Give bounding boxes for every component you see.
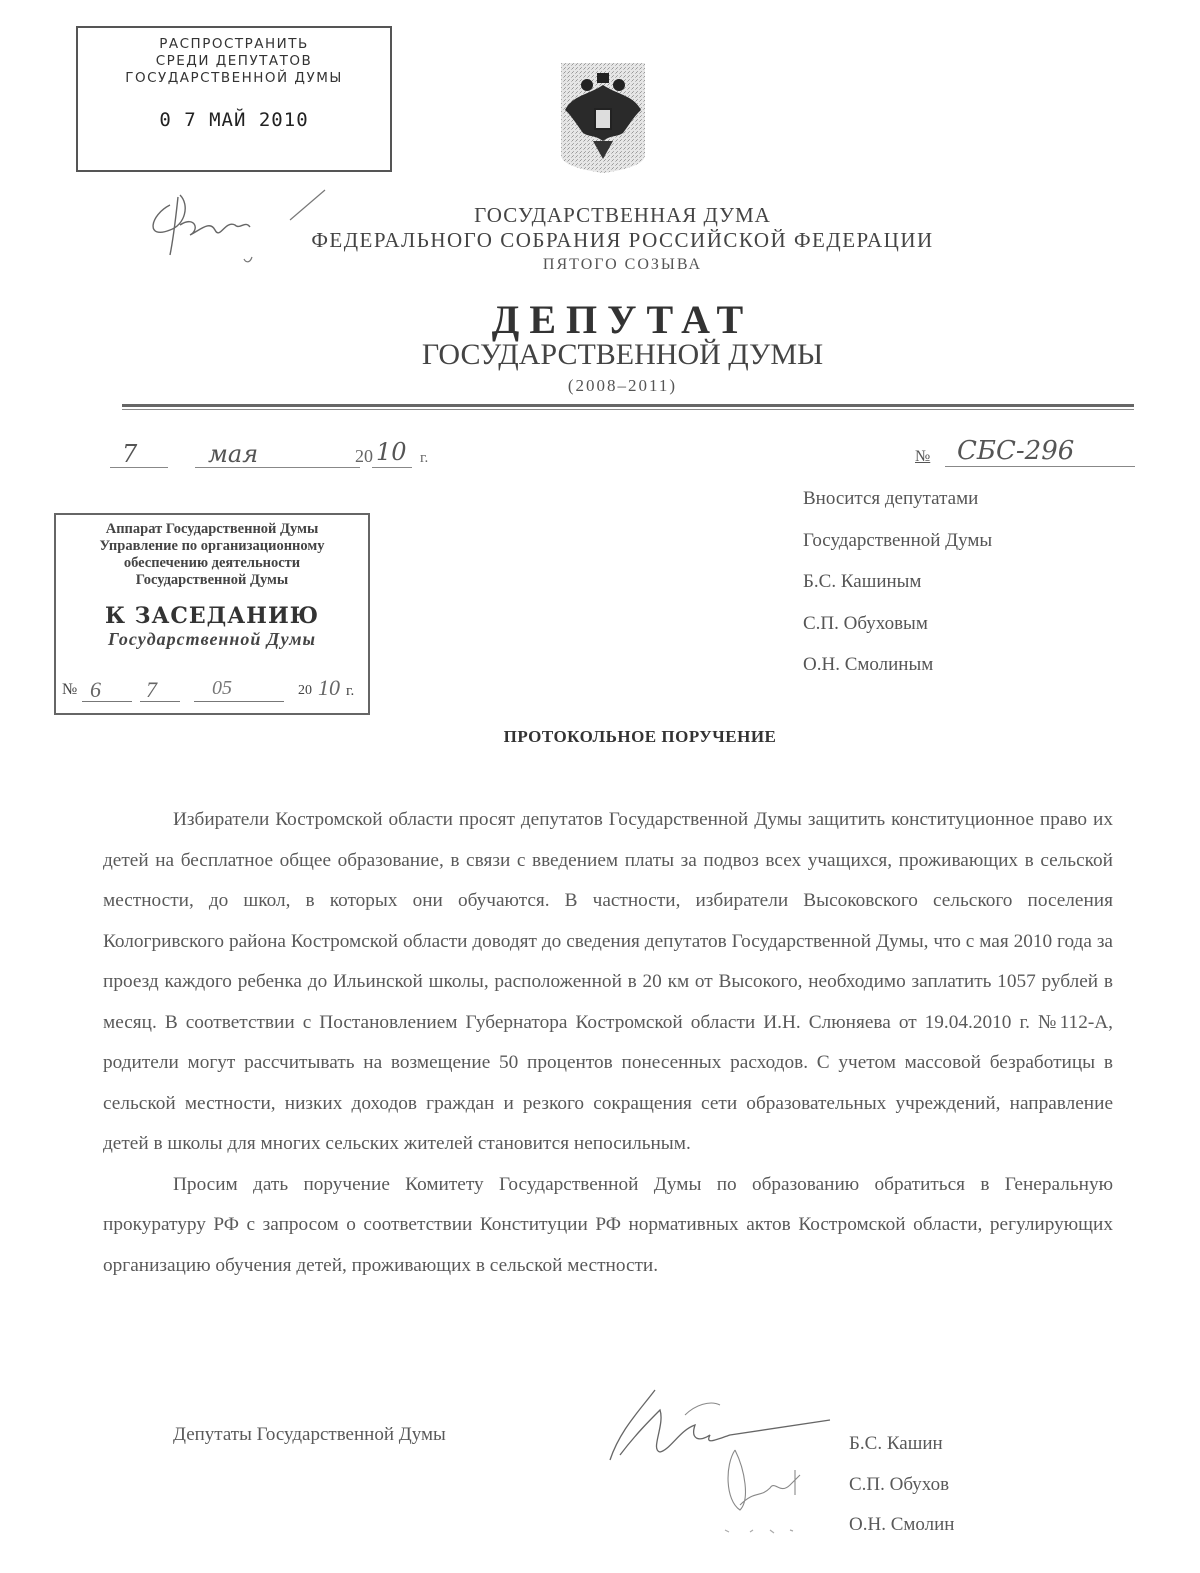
document-title: ПРОТОКОЛЬНОЕ ПОРУЧЕНИЕ	[0, 727, 1200, 747]
letterhead-term: (2008–2011)	[0, 376, 1200, 396]
signature-label: Депутаты Государственной Думы	[173, 1424, 446, 1446]
signer-name: О.Н. Смолин	[849, 1505, 954, 1546]
stamp-year-unit: г.	[346, 683, 354, 700]
date-day: 7	[122, 440, 137, 468]
body-paragraph: Просим дать поручение Комитету Государст…	[103, 1165, 1113, 1287]
letterhead-divider	[122, 404, 1134, 410]
stamp-year-suffix: 10	[318, 675, 340, 701]
underline	[195, 467, 360, 468]
stamp-line: обеспечению деятельности	[56, 555, 368, 572]
stamp-line: ГОСУДАРСТВЕННОЙ ДУМЫ	[78, 70, 390, 87]
document-date: 7 мая 20 10 г.	[110, 440, 450, 470]
signer-name: Б.С. Кашин	[849, 1424, 954, 1465]
stamp-subheading: Государственной Думы	[56, 629, 368, 650]
session-stamp: Аппарат Государственной Думы Управление …	[54, 513, 370, 715]
stamp-month: 05	[212, 677, 232, 700]
date-month: мая	[208, 440, 258, 468]
introducers-line: О.Н. Смолиным	[803, 644, 992, 686]
stamp-line: Аппарат Государственной Думы	[56, 521, 368, 538]
stamp-line: Государственной Думы	[56, 572, 368, 589]
stamp-number-row: № 6 7 05 20 10 г.	[62, 677, 362, 705]
stamp-line: СРЕДИ ДЕПУТАТОВ	[78, 53, 390, 70]
letterhead-line: ГОСУДАРСТВЕННАЯ ДУМА	[0, 203, 1200, 228]
introducers-line: С.П. Обуховым	[803, 603, 992, 645]
signers-list: Б.С. Кашин С.П. Обухов О.Н. Смолин	[849, 1424, 954, 1546]
underline	[945, 466, 1135, 467]
document-number: № СБС-296	[915, 438, 1135, 470]
handwritten-signatures-icon	[600, 1380, 840, 1560]
underline	[372, 467, 412, 468]
document-body: Избиратели Костромской области просят де…	[103, 800, 1113, 1286]
letterhead-line: ФЕДЕРАЛЬНОГО СОБРАНИЯ РОССИЙСКОЙ ФЕДЕРАЦ…	[0, 228, 1200, 253]
number-value: СБС-296	[957, 436, 1074, 466]
body-paragraph: Избиратели Костромской области просят де…	[103, 800, 1113, 1165]
stamp-number-label: №	[62, 681, 77, 699]
distribution-stamp: РАСПРОСТРАНИТЬ СРЕДИ ДЕПУТАТОВ ГОСУДАРСТ…	[76, 26, 392, 172]
date-suffix: г.	[420, 450, 428, 467]
underline	[110, 467, 168, 468]
letterhead-subtitle: ГОСУДАРСТВЕННОЙ ДУМЫ	[0, 338, 1200, 372]
stamp-number-value: 6	[90, 677, 101, 703]
introducers-line: Вносится депутатами	[803, 478, 992, 520]
letterhead-title: ДЕПУТАТ	[0, 296, 1200, 343]
date-year-prefix: 20	[355, 446, 373, 467]
date-year-suffix: 10	[376, 438, 407, 466]
stamp-line: Управление по организационному	[56, 538, 368, 555]
underline	[194, 701, 284, 702]
letterhead-line: ПЯТОГО СОЗЫВА	[0, 256, 1200, 274]
signer-name: С.П. Обухов	[849, 1465, 954, 1506]
stamp-year-prefix: 20	[298, 683, 312, 699]
stamp-line: РАСПРОСТРАНИТЬ	[78, 36, 390, 53]
underline	[82, 701, 132, 702]
introducers-line: Б.С. Кашиным	[803, 561, 992, 603]
stamp-date: 0 7 МАЙ 2010	[78, 109, 390, 131]
introduced-by-block: Вносится депутатами Государственной Думы…	[803, 478, 992, 686]
number-label: №	[915, 448, 930, 466]
underline	[140, 701, 180, 702]
russian-coat-of-arms-icon	[553, 55, 653, 175]
stamp-heading: К ЗАСЕДАНИЮ	[56, 603, 368, 629]
introducers-line: Государственной Думы	[803, 520, 992, 562]
stamp-day: 7	[146, 677, 157, 703]
